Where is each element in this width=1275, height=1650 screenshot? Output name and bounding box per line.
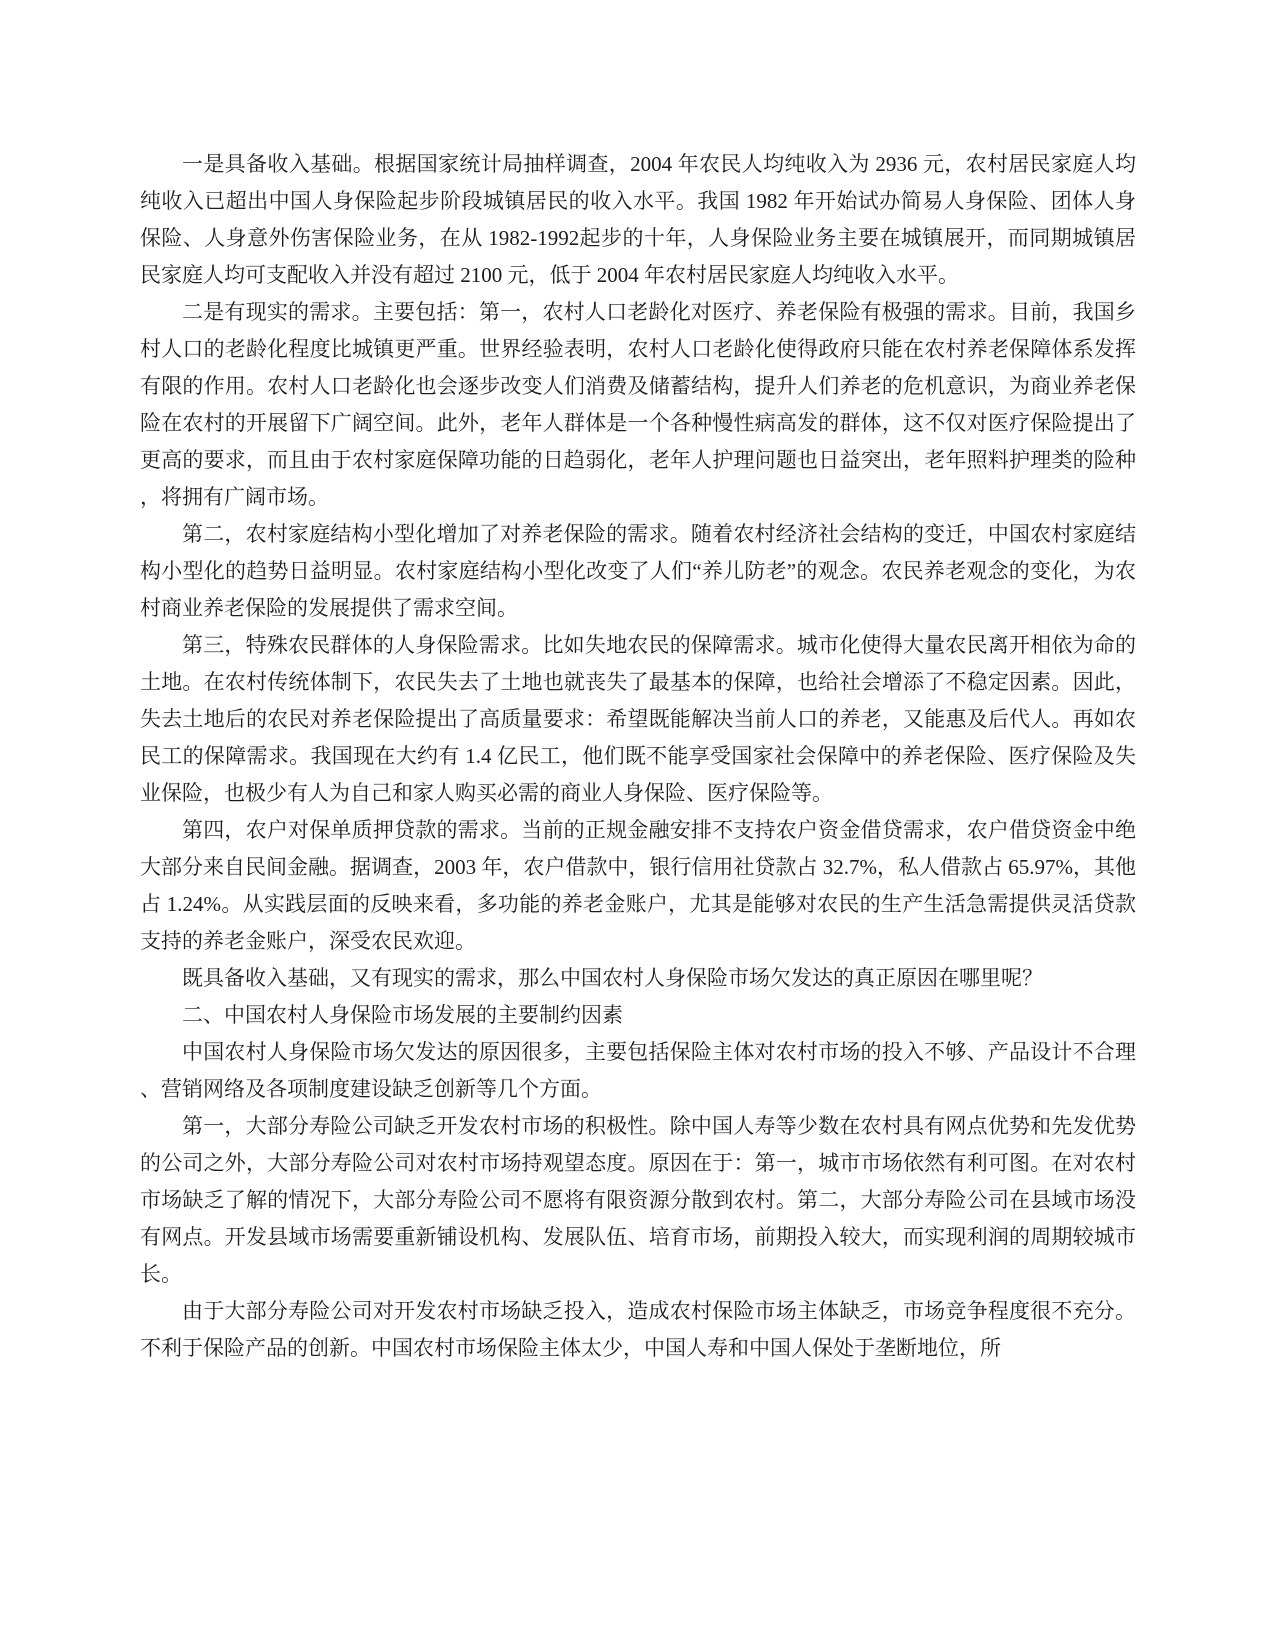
document-page: 一是具备收入基础。根据国家统计局抽样调查，2004 年农民人均纯收入为 2936… <box>0 0 1275 1650</box>
paragraph-real-demand: 二是有现实的需求。主要包括：第一，农村人口老龄化对医疗、养老保险有极强的需求。目… <box>140 294 1136 516</box>
paragraph-insurer-reluctance: 第一，大部分寿险公司缺乏开发农村市场的积极性。除中国人寿等少数在农村具有网点优势… <box>140 1108 1136 1293</box>
paragraph-market-monopoly: 由于大部分寿险公司对开发农村市场缺乏投入，造成农村保险市场主体缺乏，市场竞争程度… <box>140 1293 1136 1367</box>
paragraph-special-farmer-groups: 第三，特殊农民群体的人身保险需求。比如失地农民的保障需求。城市化使得大量农民离开… <box>140 627 1136 812</box>
paragraph-transition-question: 既具备收入基础，又有现实的需求，那么中国农村人身保险市场欠发达的真正原因在哪里呢… <box>140 960 1136 997</box>
paragraph-family-structure: 第二，农村家庭结构小型化增加了对养老保险的需求。随着农村经济社会结构的变迁，中国… <box>140 516 1136 627</box>
paragraph-constraints-overview: 中国农村人身保险市场欠发达的原因很多，主要包括保险主体对农村市场的投入不够、产品… <box>140 1034 1136 1108</box>
section-heading-constraints: 二、中国农村人身保险市场发展的主要制约因素 <box>140 997 1136 1034</box>
paragraph-income-base: 一是具备收入基础。根据国家统计局抽样调查，2004 年农民人均纯收入为 2936… <box>140 146 1136 294</box>
paragraph-policy-loan-demand: 第四，农户对保单质押贷款的需求。当前的正规金融安排不支持农户资金借贷需求，农户借… <box>140 812 1136 960</box>
document-text-block: 一是具备收入基础。根据国家统计局抽样调查，2004 年农民人均纯收入为 2936… <box>140 146 1136 1367</box>
